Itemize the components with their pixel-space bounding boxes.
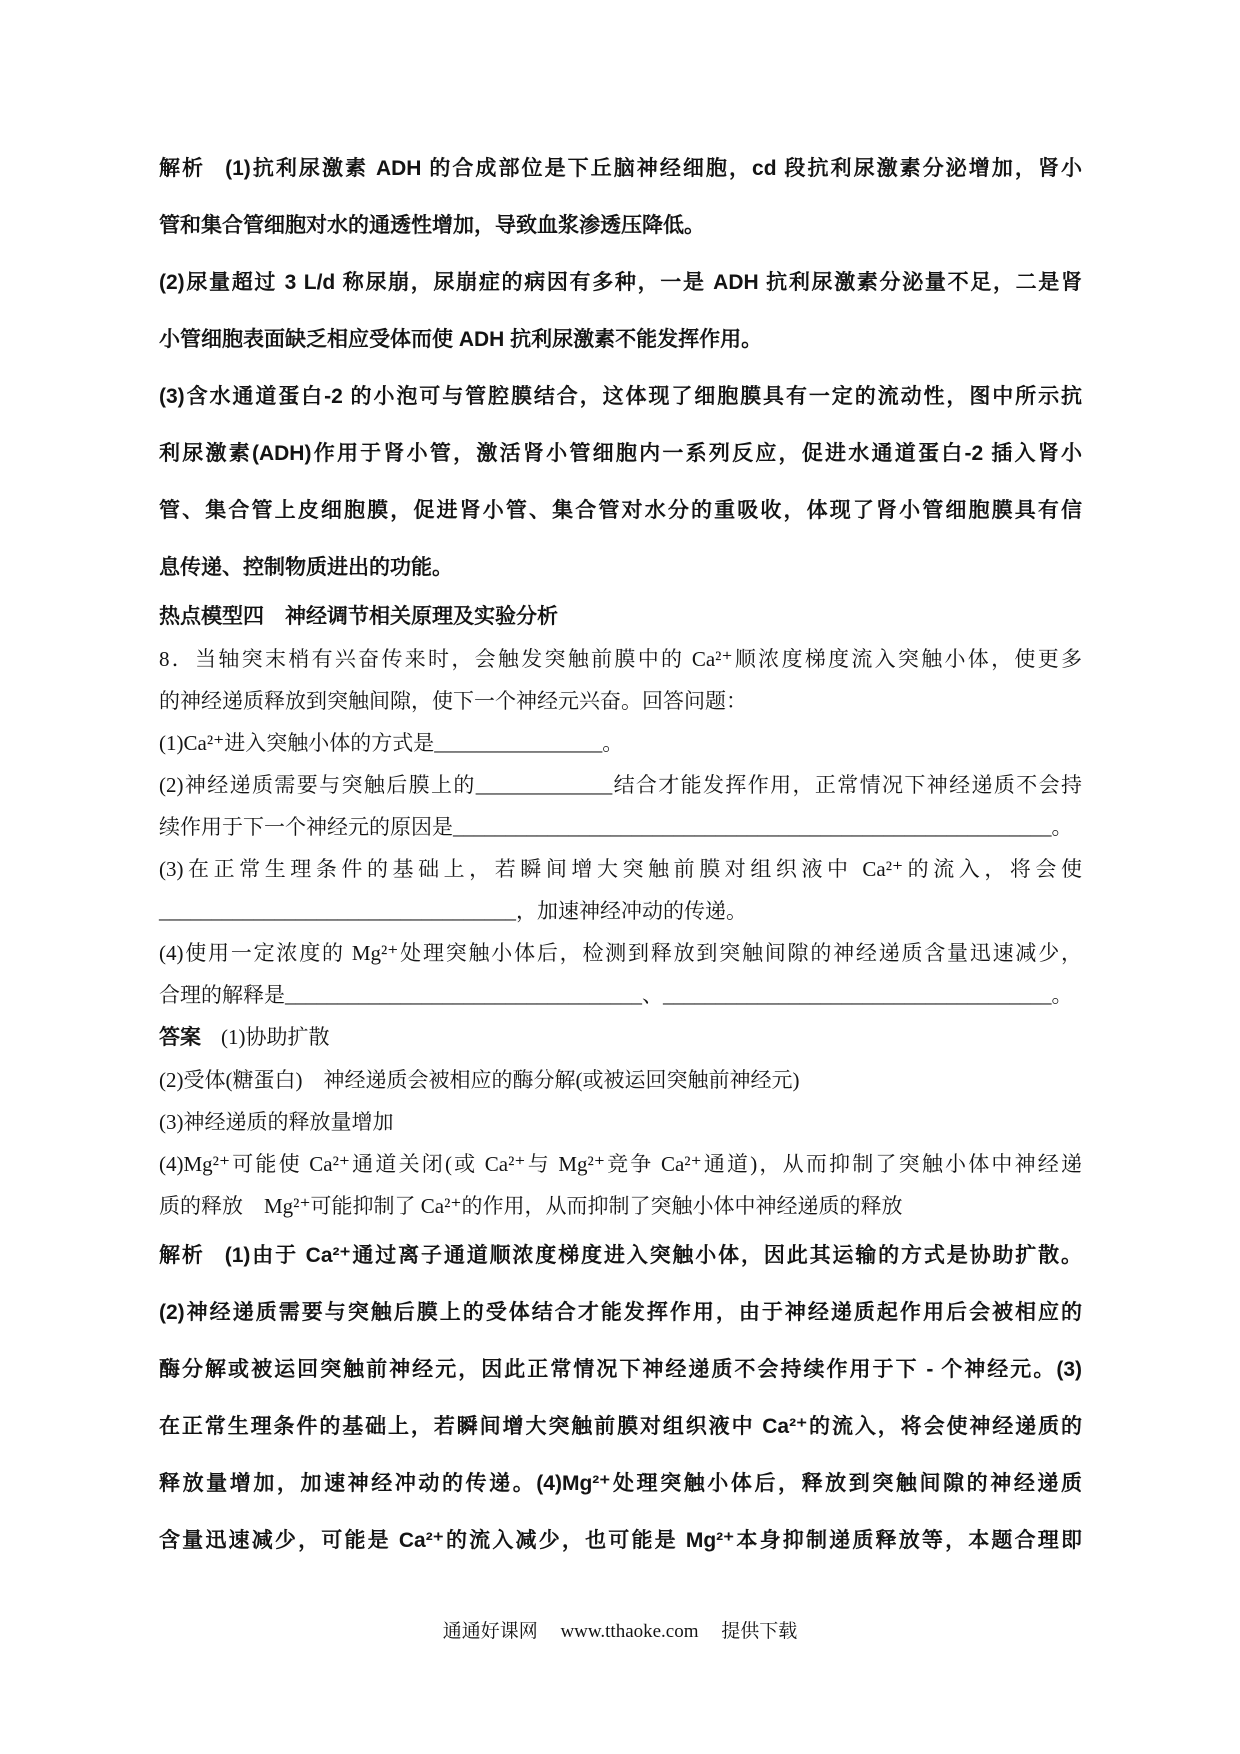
text-line: (2)神经递质需要与突触后膜上的_____________结合才能发挥作用，正常…: [159, 764, 1082, 806]
text-line: 酶分解或被运回突触前神经元，因此正常情况下神经递质不会持续作用于下 - 个神经元…: [159, 1341, 1082, 1398]
topic-heading: 热点模型四 神经调节相关原理及实验分析: [159, 596, 1082, 638]
answer-q8-section: 答案(1)协助扩散(2)受体(糖蛋白) 神经递质会被相应的酶分解(或被运回突触前…: [159, 1016, 1082, 1227]
section-label: 解析: [159, 157, 205, 180]
text-line: 管、集合管上皮细胞膜，促进肾小管、集合管对水分的重吸收，体现了肾小管细胞膜具有信: [159, 482, 1082, 539]
text-line: __________________________________，加速神经冲…: [159, 890, 1082, 932]
line-text: (3)神经递质的释放量增加: [159, 1110, 394, 1134]
analysis-q7-section: 解析(1)抗利尿激素 ADH 的合成部位是下丘脑神经细胞，cd 段抗利尿激素分泌…: [159, 140, 1082, 596]
text-line: 答案(1)协助扩散: [159, 1016, 1082, 1059]
page-footer: 通通好课网 www.tthaoke.com 提供下载: [0, 1612, 1240, 1652]
text-line: 释放量增加，加速神经冲动的传递。(4)Mg²⁺处理突触小体后，释放到突触间隙的神…: [159, 1455, 1082, 1512]
text-line: 在正常生理条件的基础上，若瞬间增大突触前膜对组织液中 Ca²⁺的流入，将会使神经…: [159, 1398, 1082, 1455]
line-text: 续作用于下一个神经元的原因是__________________________…: [159, 815, 1073, 839]
line-text: 质的释放 Mg²⁺可能抑制了 Ca²⁺的作用，从而抑制了突触小体中神经递质的释放: [159, 1194, 903, 1218]
text-line: (2)神经递质需要与突触后膜上的受体结合才能发挥作用，由于神经递质起作用后会被相…: [159, 1284, 1082, 1341]
line-text: 利尿激素(ADH)作用于肾小管，激活肾小管细胞内一系列反应，促进水通道蛋白-2 …: [159, 442, 1082, 465]
line-text: 管、集合管上皮细胞膜，促进肾小管、集合管对水分的重吸收，体现了肾小管细胞膜具有信: [159, 499, 1082, 522]
text-line: 解析(1)抗利尿激素 ADH 的合成部位是下丘脑神经细胞，cd 段抗利尿激素分泌…: [159, 140, 1082, 197]
text-line: 解析(1)由于 Ca²⁺通过离子通道顺浓度梯度进入突触小体，因此其运输的方式是协…: [159, 1227, 1082, 1284]
section-label: 答案: [159, 1026, 201, 1049]
line-text: (2)神经递质需要与突触后膜上的受体结合才能发挥作用，由于神经递质起作用后会被相…: [159, 1301, 1082, 1324]
page-content: 解析(1)抗利尿激素 ADH 的合成部位是下丘脑神经细胞，cd 段抗利尿激素分泌…: [159, 140, 1082, 1569]
text-line: (1)Ca²⁺进入突触小体的方式是________________。: [159, 722, 1082, 764]
text-line: (2)受体(糖蛋白) 神经递质会被相应的酶分解(或被运回突触前神经元): [159, 1059, 1082, 1101]
text-line: 管和集合管细胞对水的通透性增加，导致血浆渗透压降低。: [159, 197, 1082, 254]
line-text: 释放量增加，加速神经冲动的传递。(4)Mg²⁺处理突触小体后，释放到突触间隙的神…: [159, 1472, 1082, 1495]
line-text: (2)受体(糖蛋白) 神经递质会被相应的酶分解(或被运回突触前神经元): [159, 1068, 799, 1092]
line-text: 管和集合管细胞对水的通透性增加，导致血浆渗透压降低。: [159, 214, 705, 237]
line-text: (1)协助扩散: [221, 1025, 330, 1049]
text-line: 8．当轴突末梢有兴奋传来时，会触发突触前膜中的 Ca²⁺顺浓度梯度流入突触小体，…: [159, 638, 1082, 680]
line-text: 的神经递质释放到突触间隙，使下一个神经元兴奋。回答问题：: [159, 689, 747, 713]
line-text: (4)使用一定浓度的 Mg²⁺处理突触小体后，检测到释放到突触间隙的神经递质含量…: [159, 941, 1082, 965]
line-text: (3)在正常生理条件的基础上，若瞬间增大突触前膜对组织液中 Ca²⁺的流入，将会…: [159, 857, 1082, 881]
line-text: (2)神经递质需要与突触后膜上的_____________结合才能发挥作用，正常…: [159, 773, 1082, 797]
line-text: (2)尿量超过 3 L/d 称尿崩，尿崩症的病因有多种，一是 ADH 抗利尿激素…: [159, 271, 1082, 294]
line-text: __________________________________，加速神经冲…: [159, 899, 747, 923]
line-text: (4)Mg²⁺可能使 Ca²⁺通道关闭(或 Ca²⁺与 Mg²⁺竞争 Ca²⁺通…: [159, 1152, 1082, 1176]
footer-suffix: 提供下载: [721, 1621, 797, 1642]
line-text: (1)抗利尿激素 ADH 的合成部位是下丘脑神经细胞，cd 段抗利尿激素分泌增加…: [225, 157, 1082, 180]
line-text: (3)含水通道蛋白-2 的小泡可与管腔膜结合，这体现了细胞膜具有一定的流动性，图…: [159, 385, 1082, 408]
text-line: 合理的解释是__________________________________…: [159, 974, 1082, 1016]
line-text: 息传递、控制物质进出的功能。: [159, 556, 453, 579]
line-text: 在正常生理条件的基础上，若瞬间增大突触前膜对组织液中 Ca²⁺的流入，将会使神经…: [159, 1415, 1082, 1438]
text-line: 热点模型四 神经调节相关原理及实验分析: [159, 596, 1082, 638]
question-8-section: 8．当轴突末梢有兴奋传来时，会触发突触前膜中的 Ca²⁺顺浓度梯度流入突触小体，…: [159, 638, 1082, 1016]
text-line: (4)Mg²⁺可能使 Ca²⁺通道关闭(或 Ca²⁺与 Mg²⁺竞争 Ca²⁺通…: [159, 1143, 1082, 1185]
text-line: 利尿激素(ADH)作用于肾小管，激活肾小管细胞内一系列反应，促进水通道蛋白-2 …: [159, 425, 1082, 482]
footer-site-name: 通通好课网: [443, 1621, 538, 1642]
footer-url: www.tthaoke.com: [560, 1621, 698, 1642]
line-text: (1)由于 Ca²⁺通过离子通道顺浓度梯度进入突触小体，因此其运输的方式是协助扩…: [225, 1244, 1082, 1267]
text-line: (2)尿量超过 3 L/d 称尿崩，尿崩症的病因有多种，一是 ADH 抗利尿激素…: [159, 254, 1082, 311]
text-line: (3)神经递质的释放量增加: [159, 1101, 1082, 1143]
line-text: 合理的解释是__________________________________…: [159, 983, 1073, 1007]
section-label: 解析: [159, 1244, 205, 1267]
line-text: 酶分解或被运回突触前神经元，因此正常情况下神经递质不会持续作用于下 - 个神经元…: [159, 1358, 1082, 1381]
line-text: (1)Ca²⁺进入突触小体的方式是________________。: [159, 731, 623, 755]
text-line: (3)含水通道蛋白-2 的小泡可与管腔膜结合，这体现了细胞膜具有一定的流动性，图…: [159, 368, 1082, 425]
text-line: 含量迅速减少，可能是 Ca²⁺的流入减少，也可能是 Mg²⁺本身抑制递质释放等，…: [159, 1512, 1082, 1569]
line-text: 8．当轴突末梢有兴奋传来时，会触发突触前膜中的 Ca²⁺顺浓度梯度流入突触小体，…: [159, 647, 1082, 671]
line-text: 热点模型四 神经调节相关原理及实验分析: [159, 605, 558, 628]
text-line: 息传递、控制物质进出的功能。: [159, 539, 1082, 596]
line-text: 小管细胞表面缺乏相应受体而使 ADH 抗利尿激素不能发挥作用。: [159, 328, 762, 351]
text-line: 小管细胞表面缺乏相应受体而使 ADH 抗利尿激素不能发挥作用。: [159, 311, 1082, 368]
line-text: 含量迅速减少，可能是 Ca²⁺的流入减少，也可能是 Mg²⁺本身抑制递质释放等，…: [159, 1529, 1082, 1552]
text-line: (3)在正常生理条件的基础上，若瞬间增大突触前膜对组织液中 Ca²⁺的流入，将会…: [159, 848, 1082, 890]
document-page: 解析(1)抗利尿激素 ADH 的合成部位是下丘脑神经细胞，cd 段抗利尿激素分泌…: [0, 0, 1240, 1754]
text-line: 的神经递质释放到突触间隙，使下一个神经元兴奋。回答问题：: [159, 680, 1082, 722]
text-line: 续作用于下一个神经元的原因是__________________________…: [159, 806, 1082, 848]
text-line: 质的释放 Mg²⁺可能抑制了 Ca²⁺的作用，从而抑制了突触小体中神经递质的释放: [159, 1185, 1082, 1227]
analysis-q8-section: 解析(1)由于 Ca²⁺通过离子通道顺浓度梯度进入突触小体，因此其运输的方式是协…: [159, 1227, 1082, 1569]
text-line: (4)使用一定浓度的 Mg²⁺处理突触小体后，检测到释放到突触间隙的神经递质含量…: [159, 932, 1082, 974]
